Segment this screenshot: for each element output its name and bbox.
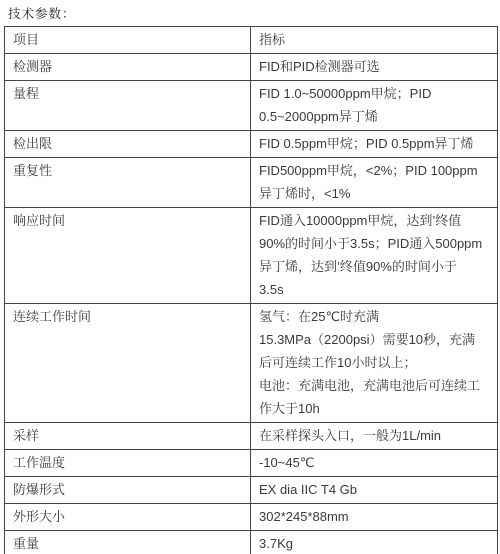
row-label-cell: 采样 [5,423,251,450]
row-label-cell: 检测器 [5,54,251,81]
table-row: 响应时间 FID通入10000ppm甲烷，达到’终值 90%的时间小于3.5s；… [5,208,498,304]
table-row: 外形大小 302*245*88mm [5,504,498,531]
row-label-cell: 重量 [5,531,251,554]
row-label-cell: 外形大小 [5,504,251,531]
page: 技术参数： 项目 指标 检测器 FID和PID检测器可选 量程 FID 1.0~… [0,0,500,554]
row-label-cell: 检出限 [5,131,251,158]
row-value-cell: FID 0.5ppm甲烷；PID 0.5ppm异丁烯 [251,131,498,158]
table-row: 防爆形式 EX dia IIC T4 Gb [5,477,498,504]
table-row: 重量 3.7Kg [5,531,498,554]
row-value-cell: 302*245*88mm [251,504,498,531]
table-row: 工作温度 -10~45℃ [5,450,498,477]
row-label-cell: 防爆形式 [5,477,251,504]
table-row: 连续工作时间 氢气：在25℃时充满 15.3MPa（2200psi）需要10秒，… [5,304,498,423]
row-value-cell: -10~45℃ [251,450,498,477]
row-value-cell: FID 1.0~50000ppm甲烷；PID 0.5~2000ppm异丁烯 [251,81,498,131]
row-label-cell: 工作温度 [5,450,251,477]
row-label-cell: 重复性 [5,158,251,208]
header-item-cell: 项目 [5,27,251,54]
row-value-cell: 氢气：在25℃时充满 15.3MPa（2200psi）需要10秒，充满 后可连续… [251,304,498,423]
row-value-cell: FID和PID检测器可选 [251,54,498,81]
row-label-cell: 响应时间 [5,208,251,304]
table-row: 检测器 FID和PID检测器可选 [5,54,498,81]
table-header-row: 项目 指标 [5,27,498,54]
row-value-cell: 在采样探头入口，一般为1L/min [251,423,498,450]
header-value-cell: 指标 [251,27,498,54]
table-row: 重复性 FID500ppm甲烷，<2%；PID 100ppm 异丁烯时，<1% [5,158,498,208]
table-row: 检出限 FID 0.5ppm甲烷；PID 0.5ppm异丁烯 [5,131,498,158]
row-value-cell: 3.7Kg [251,531,498,554]
page-title: 技术参数： [8,4,500,22]
row-value-cell: FID500ppm甲烷，<2%；PID 100ppm 异丁烯时，<1% [251,158,498,208]
row-label-cell: 连续工作时间 [5,304,251,423]
table-row: 量程 FID 1.0~50000ppm甲烷；PID 0.5~2000ppm异丁烯 [5,81,498,131]
table-row: 采样 在采样探头入口，一般为1L/min [5,423,498,450]
spec-table: 项目 指标 检测器 FID和PID检测器可选 量程 FID 1.0~50000p… [4,26,498,554]
row-label-cell: 量程 [5,81,251,131]
row-value-cell: EX dia IIC T4 Gb [251,477,498,504]
row-value-cell: FID通入10000ppm甲烷，达到’终值 90%的时间小于3.5s；PID通入… [251,208,498,304]
